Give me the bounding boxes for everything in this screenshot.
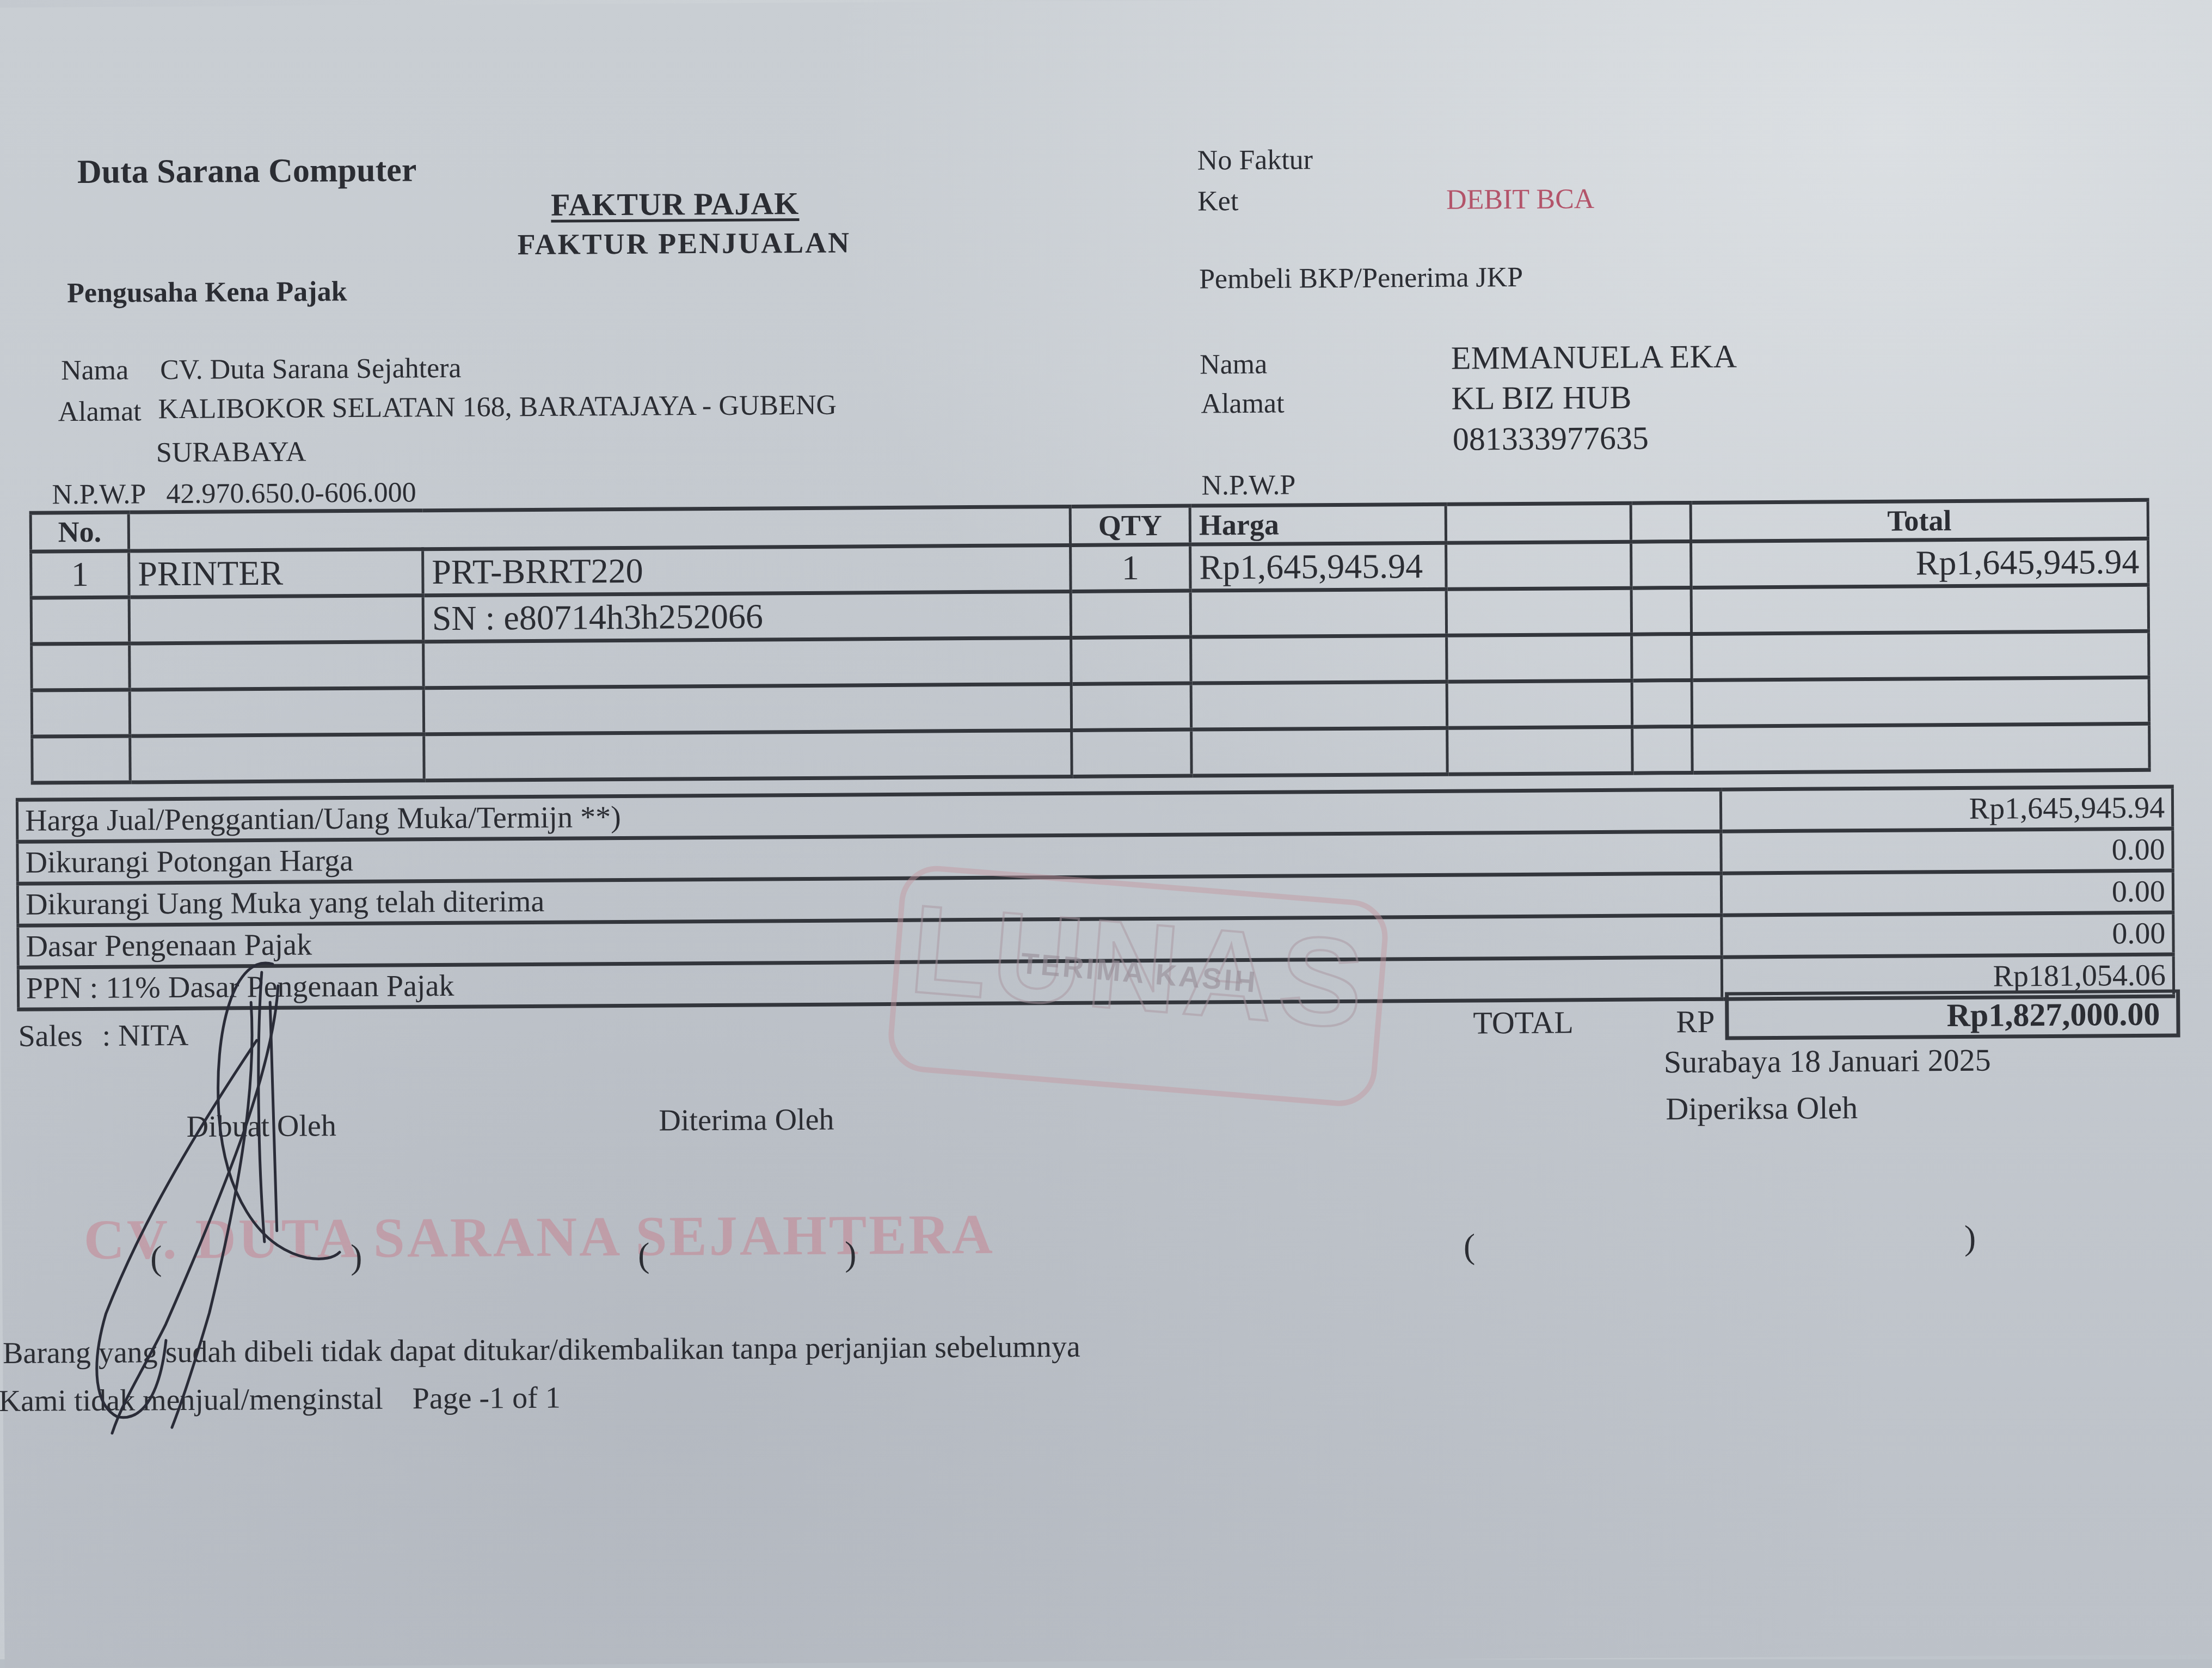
place-date: Surabaya 18 Januari 2025: [1664, 1042, 1991, 1081]
row-empty-2: [1632, 726, 1693, 773]
buyer-address-label: Alamat: [1201, 388, 1284, 420]
row-empty-2: [1631, 541, 1692, 588]
checked-by-close-paren: ): [1964, 1218, 1976, 1258]
paid-stamp: LUNAS TERIMA KASIH: [886, 863, 1391, 1109]
row-qty: [1072, 729, 1192, 776]
row-price: [1190, 589, 1447, 637]
invoice-page: Duta Sarana Computer FAKTUR PAJAK FAKTUR…: [0, 0, 2212, 1659]
buyer-section-heading: Pembeli BKP/Penerima JKP: [1199, 261, 1523, 296]
received-by-close-paren: ): [845, 1234, 857, 1274]
total-label: TOTAL: [1473, 1004, 1574, 1041]
row-qty: [1071, 637, 1191, 684]
row-empty-1: [1447, 634, 1632, 682]
header-qty: QTY: [1070, 506, 1190, 545]
buyer-address-line1: KL BIZ HUB: [1451, 379, 1632, 418]
header-price: Harga: [1190, 504, 1446, 544]
checked-by-label: Diperiksa Oleh: [1666, 1089, 1858, 1127]
row-price: [1191, 682, 1447, 729]
ket-label: Ket: [1197, 185, 1238, 217]
header-empty-1: [1446, 503, 1631, 543]
header-empty-2: [1631, 502, 1691, 542]
no-faktur-label: No Faktur: [1197, 144, 1313, 176]
handwritten-signature: [0, 4, 656, 1477]
buyer-phone: 081333977635: [1453, 419, 1649, 458]
row-price: Rp1,645,945.94: [1190, 543, 1447, 591]
row-qty: [1071, 591, 1191, 637]
row-total: Rp1,645,945.94: [1691, 538, 2149, 587]
row-total: [1691, 585, 2149, 634]
checked-by-open-paren: (: [1464, 1226, 1476, 1266]
header-total: Total: [1691, 500, 2148, 541]
ket-value: DEBIT BCA: [1446, 183, 1594, 216]
row-empty-2: [1632, 680, 1692, 727]
summary-amount: 0.00: [1721, 829, 2173, 873]
row-qty: 1: [1071, 544, 1191, 591]
row-price: [1191, 635, 1447, 683]
row-empty-1: [1446, 588, 1632, 635]
summary-amount: 0.00: [1721, 870, 2173, 915]
row-empty-2: [1632, 634, 1692, 680]
row-total: [1692, 723, 2150, 772]
buyer-name: EMMANUELA EKA: [1451, 338, 1737, 377]
row-empty-1: [1447, 680, 1632, 728]
total-currency: RP: [1676, 1003, 1715, 1040]
row-empty-1: [1446, 542, 1632, 589]
buyer-name-label: Nama: [1200, 348, 1268, 381]
received-by-label: Diterima Oleh: [659, 1102, 834, 1138]
row-empty-1: [1447, 727, 1633, 774]
row-price: [1191, 728, 1448, 776]
buyer-npwp-label: N.P.W.P: [1201, 469, 1295, 501]
summary-amount: 0.00: [1722, 912, 2173, 957]
grand-total: Rp1,827,000.00: [1725, 990, 2180, 1040]
row-total: [1692, 631, 2149, 680]
row-empty-2: [1631, 587, 1692, 634]
row-total: [1692, 677, 2149, 726]
summary-amount: Rp1,645,945.94: [1721, 787, 2172, 831]
row-qty: [1071, 683, 1191, 730]
